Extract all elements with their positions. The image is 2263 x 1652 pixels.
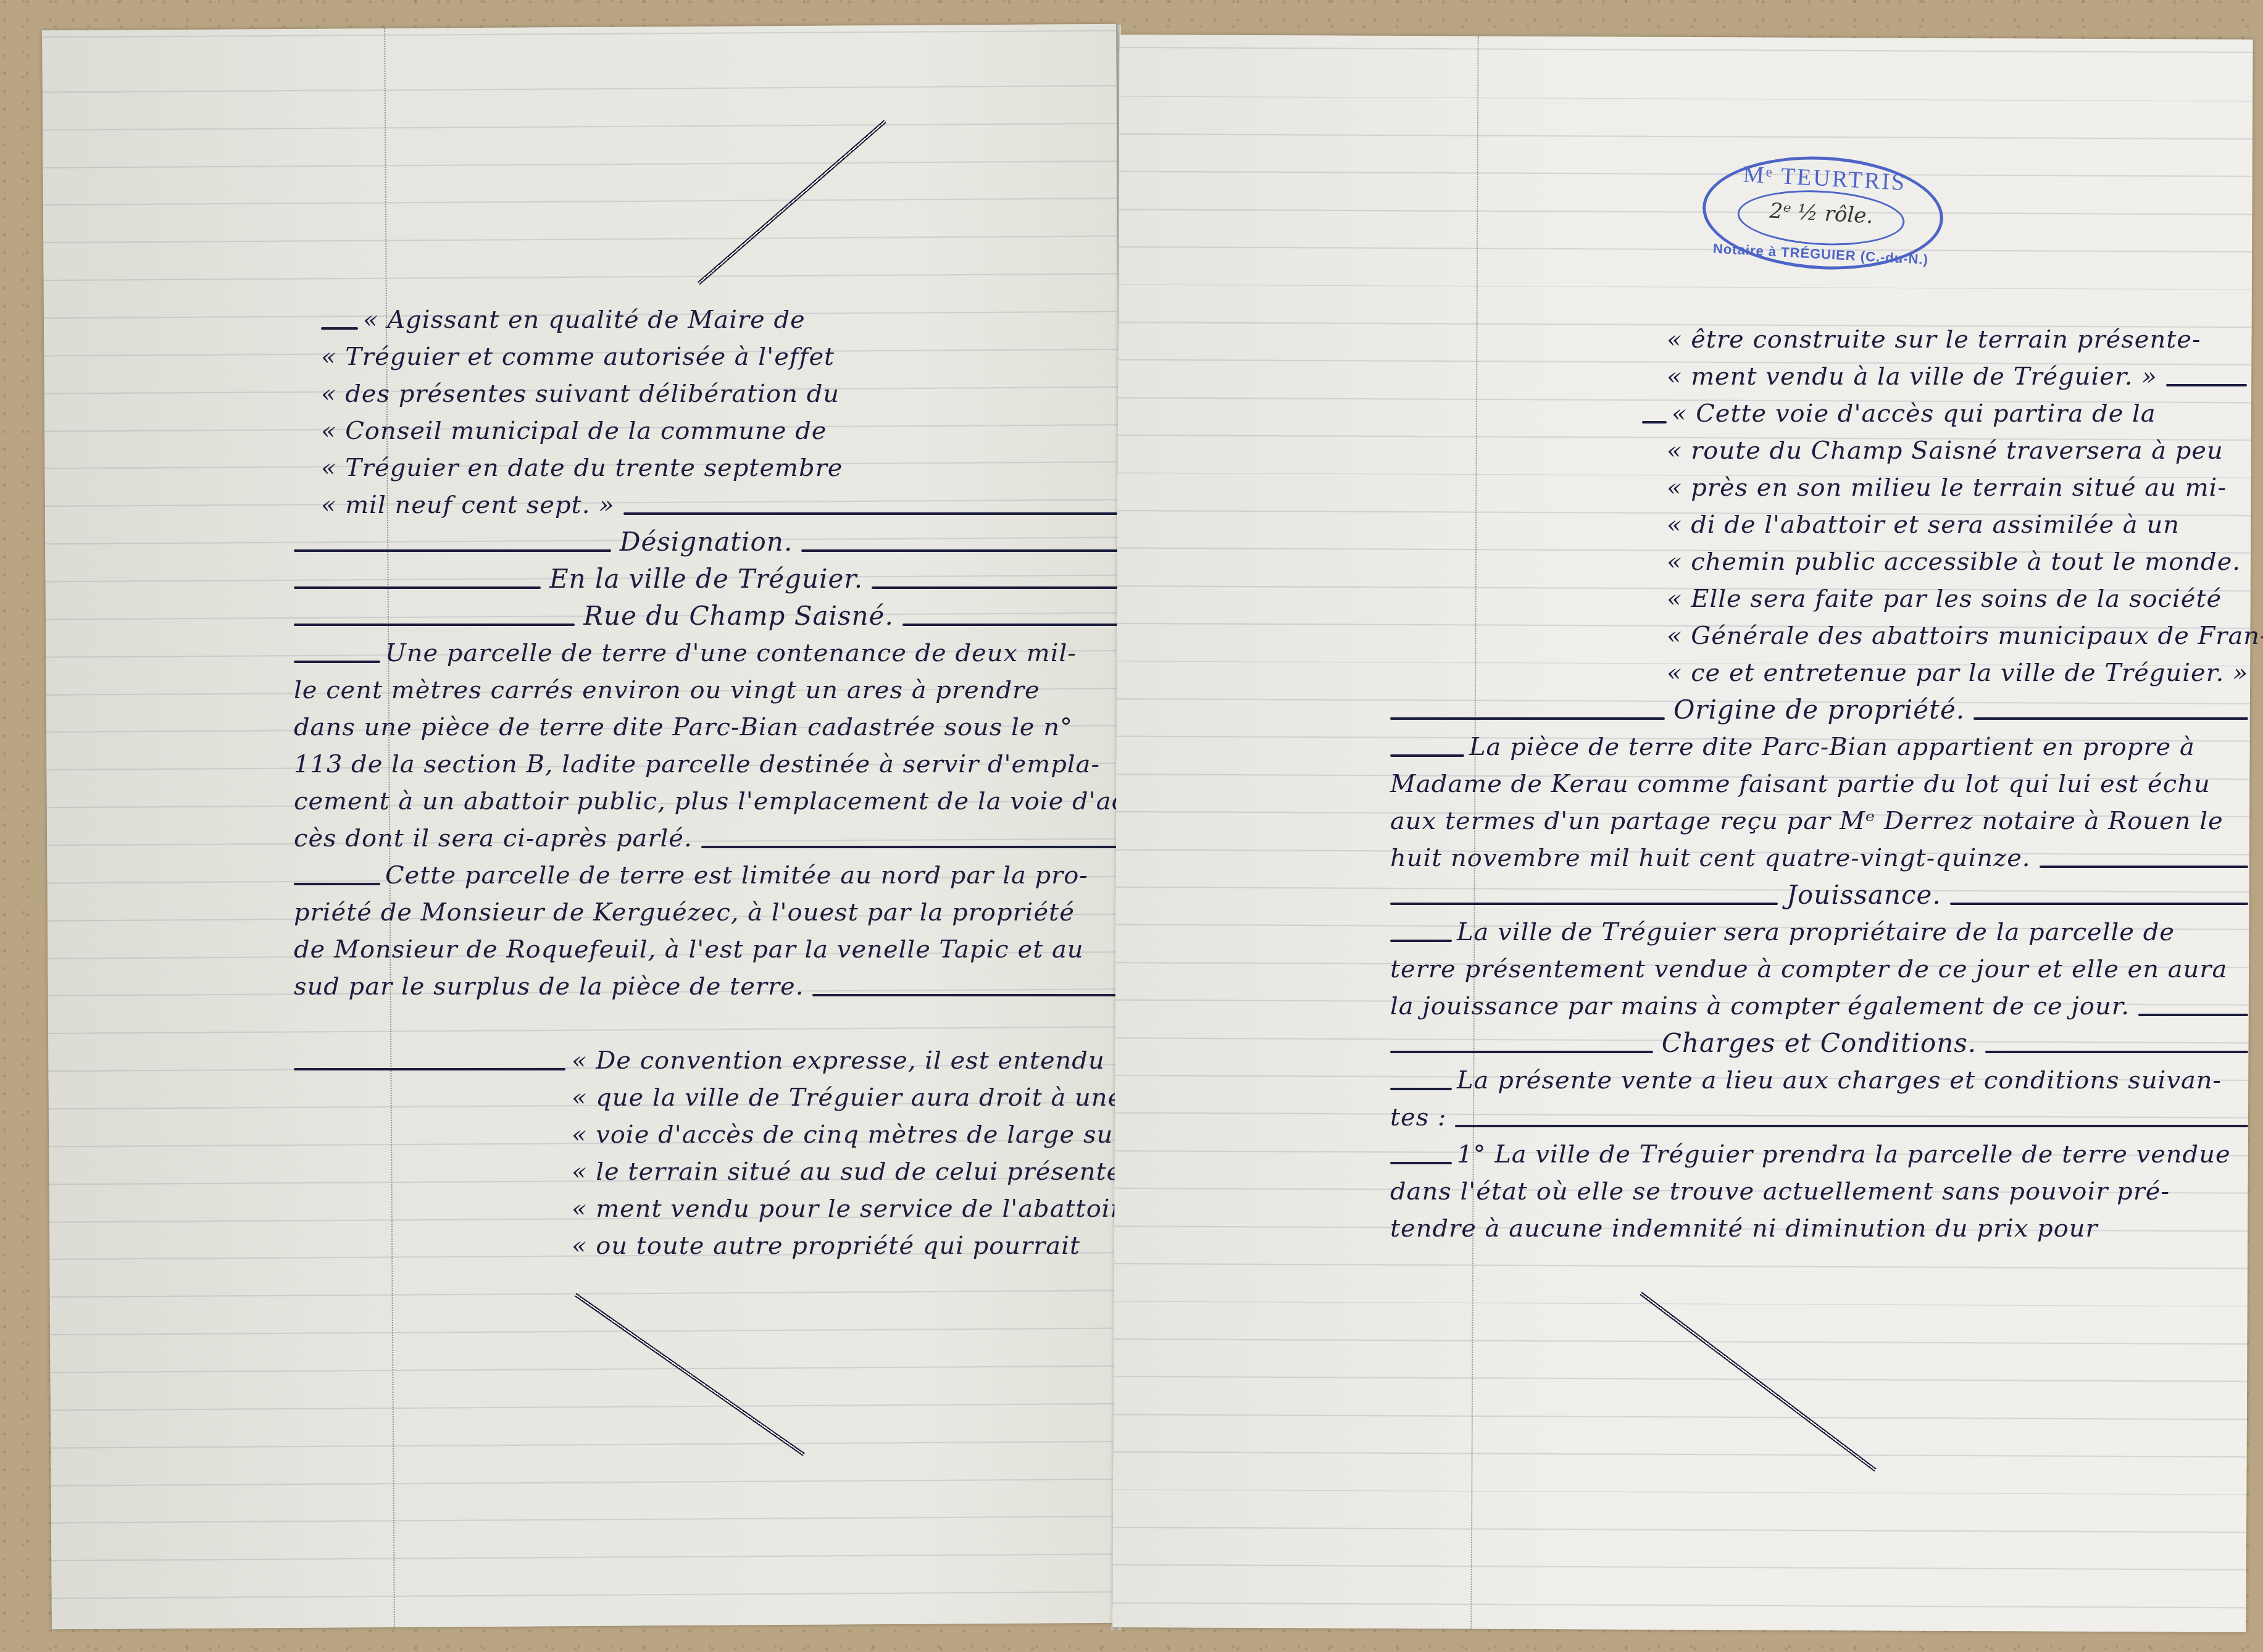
heading-origine: Origine de propriété. (1673, 691, 1965, 728)
text-line: sud par le surplus de la pièce de terre. (294, 968, 804, 1005)
text-line: « Conseil municipal de la commune de (321, 412, 827, 449)
text-line: « chemin public accessible à tout le mon… (1667, 543, 2241, 580)
heading-ville: En la ville de Tréguier. (549, 561, 863, 598)
notary-stamp: Mᵉ TEURTRIS 2ᵉ ½ rôle. Notaire à TRÉGUIE… (1700, 151, 1946, 275)
text-line: « ou toute autre propriété qui pourrait (572, 1227, 1080, 1264)
text-line: La pièce de terre dite Parc-Bian apparti… (1469, 728, 2195, 766)
text-line: « route du Champ Saisné traversera à peu (1667, 432, 2223, 469)
stamp-role-number: 2ᵉ ½ rôle. (1739, 197, 1904, 230)
text-line: « être construite sur le terrain présent… (1667, 321, 2201, 358)
text-line: « voie d'accès de cinq mètres de large s… (572, 1116, 1125, 1153)
text-line: « Cette voie d'accès qui partira de la (1672, 395, 2156, 432)
text-line: « ce et entretenue par la ville de Trégu… (1667, 654, 2248, 691)
text-line: cès dont il sera ci-après parlé. (294, 820, 693, 857)
text-line: La présente vente a lieu aux charges et … (1457, 1062, 2222, 1099)
text-line: terre présentement vendue à compter de c… (1390, 951, 2227, 988)
right-quote-block-1: « être construite sur le terrain présent… (1667, 321, 2247, 395)
text-line: « Générale des abattoirs municipaux de F… (1667, 617, 2263, 654)
text-line: la jouissance par mains à compter égalem… (1390, 988, 2130, 1025)
text-line: « des présentes suivant délibération du (321, 375, 840, 412)
text-line: Une parcelle de terre d'une contenance d… (385, 635, 1077, 672)
text-line: « le terrain situé au sud de celui prése… (572, 1153, 1131, 1190)
text-line: La ville de Tréguier sera propriétaire d… (1457, 914, 2175, 951)
text-line: « Tréguier et comme autorisée à l'effet (321, 338, 835, 375)
text-line: huit novembre mil huit cent quatre-vingt… (1390, 840, 2031, 877)
text-line: de Monsieur de Roquefeuil, à l'est par l… (294, 931, 1084, 968)
text-line: « que la ville de Tréguier aura droit à … (572, 1079, 1123, 1116)
text-line: dans l'état où elle se trouve actuelleme… (1390, 1173, 2170, 1210)
text-line: dans une pièce de terre dite Parc-Bian c… (294, 709, 1073, 746)
left-designation-section: Désignation. En la ville de Tréguier. Ru… (294, 524, 1119, 1005)
right-quote-block-2: « Cette voie d'accès qui partira de la «… (1642, 395, 2247, 691)
text-line: Madame de Kerau comme faisant partie du … (1390, 766, 2211, 803)
text-line: « ment vendu pour le service de l'abatto… (572, 1190, 1123, 1227)
text-line: 1° La ville de Tréguier prendra la parce… (1457, 1136, 2231, 1173)
left-quote-block-1: « Agissant en qualité de Maire de « Trég… (321, 301, 1117, 524)
heading-charges: Charges et Conditions. (1662, 1025, 1977, 1062)
stamp-inner-oval: 2ᵉ ½ rôle. (1736, 186, 1906, 249)
text-line: « De convention expresse, il est entendu (572, 1042, 1105, 1079)
heading-jouissance: Jouissance. (1786, 877, 1941, 914)
heading-rue: Rue du Champ Saisné. (583, 598, 894, 635)
text-line: « près en son milieu le terrain situé au… (1667, 469, 2227, 506)
text-line: « Tréguier en date du trente septembre (321, 449, 843, 486)
text-line: « ment vendu à la ville de Tréguier. » (1667, 358, 2157, 395)
text-line: le cent mètres carrés environ ou vingt u… (294, 672, 1040, 709)
text-line: « Agissant en qualité de Maire de (363, 301, 806, 338)
text-line: « di de l'abattoir et sera assimilée à u… (1667, 506, 2180, 543)
text-line: tes : (1390, 1099, 1446, 1136)
text-line: tendre à aucune indemnité ni diminution … (1390, 1210, 2098, 1247)
text-line: cement à un abattoir public, plus l'empl… (294, 783, 1135, 820)
text-line: « Elle sera faite par les soins de la so… (1667, 580, 2222, 617)
right-sections: Origine de propriété. La pièce de terre … (1390, 691, 2248, 1247)
text-line: 113 de la section B, ladite parcelle des… (294, 746, 1100, 783)
left-quote-block-2: « De convention expresse, il est entendu… (294, 1042, 1119, 1264)
text-line: priété de Monsieur de Kerguézec, à l'oue… (294, 894, 1075, 931)
heading-designation: Désignation. (620, 524, 793, 561)
text-line: Cette parcelle de terre est limitée au n… (385, 857, 1088, 894)
text-line: aux termes d'un partage reçu par Mᵉ Derr… (1390, 803, 2223, 840)
text-line: « mil neuf cent sept. » (321, 486, 615, 524)
